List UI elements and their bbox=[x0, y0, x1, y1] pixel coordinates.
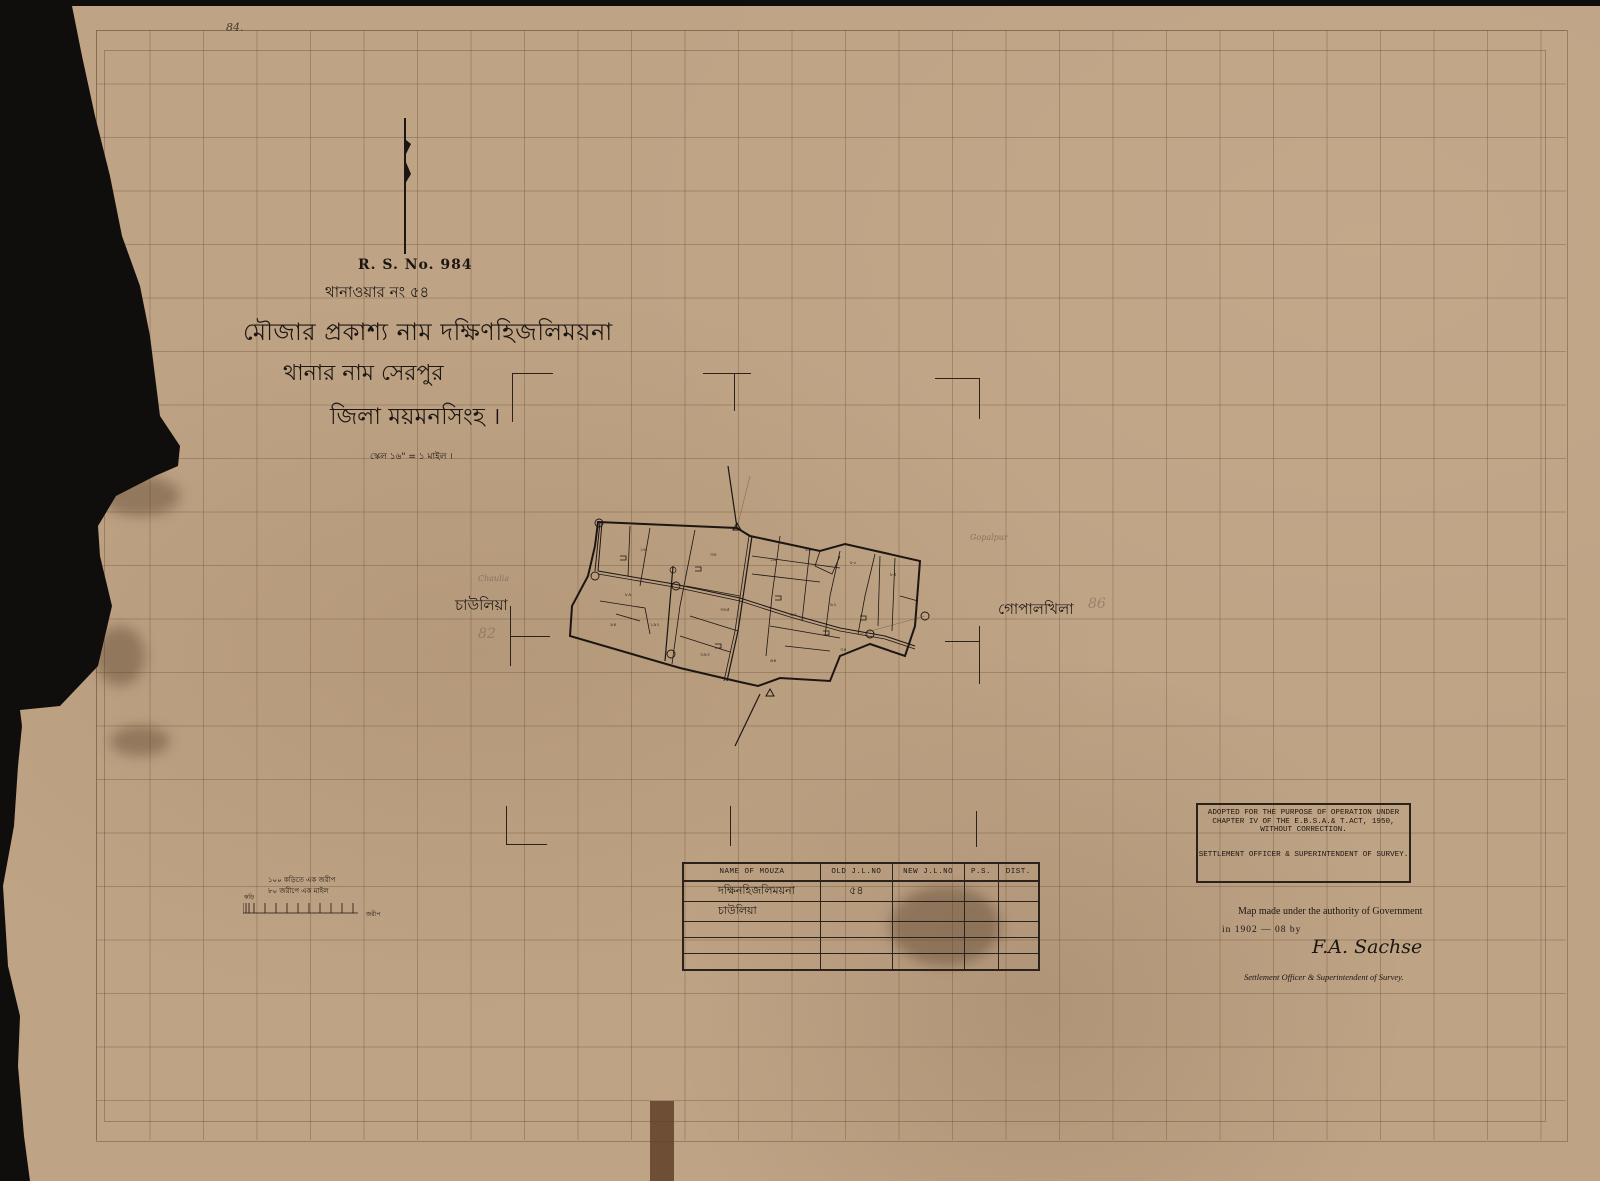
corner-mark bbox=[730, 806, 732, 846]
mouza-public-name: মৌজার প্রকাশ্য নাম দক্ষিণহিজলিময়না bbox=[243, 314, 613, 354]
stamp-adoption-text: ADOPTED FOR THE PURPOSE OF OPERATION UND… bbox=[1198, 809, 1409, 835]
scale-bar-right-label: জরীপ bbox=[366, 909, 380, 920]
corner-mark bbox=[734, 373, 736, 411]
adoption-stamp: ADOPTED FOR THE PURPOSE OF OPERATION UND… bbox=[1196, 803, 1411, 883]
table-row: চাউলিয়া bbox=[683, 902, 1039, 922]
corner-mark bbox=[506, 806, 547, 845]
corner-mark bbox=[979, 626, 981, 684]
tape-patch bbox=[650, 1101, 674, 1181]
mouza-table: NAME OF MOUZA OLD J.L.NO NEW J.L.NO P.S.… bbox=[682, 862, 1040, 971]
svg-text:৬৩: ৬৩ bbox=[790, 612, 797, 618]
stain bbox=[95, 626, 145, 686]
svg-text:৩৬: ৩৬ bbox=[710, 552, 717, 558]
district-name: জিলা ময়মনসিংহ । bbox=[330, 398, 500, 437]
mouza-plot-map[interactable]: ১৬৩৬১৯ ৫৯৮০৮৯ ৩৬৫৬৩৯২ ১৯২৩৯৩৬৪ ৩৪৯৪৮৫ bbox=[540, 456, 960, 756]
rs-number: R. S. No. 984 bbox=[358, 257, 473, 273]
adjacent-mouza-west-english: Chaulia bbox=[478, 574, 509, 583]
scale-bar bbox=[243, 901, 363, 915]
svg-text:১৬: ১৬ bbox=[640, 547, 647, 553]
mouza-name-cell: চাউলিয়া bbox=[683, 902, 821, 922]
table-header-row: NAME OF MOUZA OLD J.L.NO NEW J.L.NO P.S.… bbox=[683, 863, 1039, 881]
signature: F.A. Sachse bbox=[1312, 936, 1422, 958]
thana-name: থানার নাম সেরপুর bbox=[283, 356, 444, 393]
column-header: NEW J.L.NO bbox=[892, 863, 964, 881]
corner-mark bbox=[935, 378, 980, 419]
thana-wise-number: থানাওয়ার নং ৫৪ bbox=[325, 281, 429, 306]
authority-statement: Map made under the authority of Governme… bbox=[1238, 906, 1422, 917]
svg-text:৮০: ৮০ bbox=[850, 560, 857, 566]
adjacent-mouza-east: গোপালখিলা bbox=[998, 598, 1074, 623]
column-header: DIST. bbox=[998, 863, 1039, 881]
svg-text:৯২: ৯২ bbox=[830, 602, 837, 608]
map-sheet: 84. R. S. No. 984 থানাওয়ার নং ৫৪ মৌজার … bbox=[0, 6, 1600, 1181]
svg-text:১৯২: ১৯২ bbox=[650, 622, 660, 628]
svg-text:৮৯: ৮৯ bbox=[625, 592, 632, 598]
stain bbox=[100, 476, 180, 516]
corner-mark bbox=[512, 373, 553, 422]
column-header: NAME OF MOUZA bbox=[683, 863, 821, 881]
officer-designation: Settlement Officer & Superintendent of S… bbox=[1244, 972, 1404, 982]
column-header: P.S. bbox=[964, 863, 998, 881]
new-jl-cell bbox=[892, 881, 964, 902]
old-jl-cell bbox=[821, 902, 893, 922]
map-scale: স্কেল ১৬" = ১ মাইল । bbox=[370, 449, 453, 464]
pencil-number-east: 86 bbox=[1088, 596, 1106, 612]
old-jl-cell: ৫৪ bbox=[821, 881, 893, 902]
stamp-officer-text: SETTLEMENT OFFICER & SUPERINTENDENT OF S… bbox=[1198, 851, 1409, 860]
page-number: 84. bbox=[226, 21, 244, 34]
table-row bbox=[683, 938, 1039, 954]
dist-cell bbox=[998, 902, 1039, 922]
north-arrow-icon bbox=[401, 116, 415, 256]
svg-text:৯৪: ৯৪ bbox=[610, 622, 617, 628]
dist-cell bbox=[998, 881, 1039, 902]
svg-text:৮৫: ৮৫ bbox=[890, 572, 897, 578]
ps-cell bbox=[964, 881, 998, 902]
ps-cell bbox=[964, 902, 998, 922]
corner-mark bbox=[703, 373, 751, 414]
survey-years: in 1902 — 08 by bbox=[1222, 925, 1301, 935]
adjacent-mouza-east-english: Gopalpur bbox=[970, 533, 1008, 542]
adjacent-mouza-west: চাউলিয়া bbox=[455, 594, 508, 619]
table-row bbox=[683, 954, 1039, 971]
stain bbox=[110, 726, 170, 756]
new-jl-cell bbox=[892, 902, 964, 922]
svg-text:১৯: ১৯ bbox=[770, 557, 777, 563]
column-header: OLD J.L.NO bbox=[821, 863, 893, 881]
scale-bar-line2: ৮০ জরীপে এক মাইল bbox=[268, 885, 328, 897]
svg-text:৩৪: ৩৪ bbox=[840, 647, 847, 653]
svg-text:৫৯: ৫৯ bbox=[805, 547, 812, 553]
corner-mark bbox=[976, 811, 978, 847]
pencil-number-west: 82 bbox=[478, 626, 496, 642]
svg-text:৩৯৩: ৩৯৩ bbox=[700, 652, 710, 658]
table-row bbox=[683, 922, 1039, 938]
svg-text:৩৬৫: ৩৬৫ bbox=[720, 607, 730, 613]
svg-text:৬৪: ৬৪ bbox=[770, 658, 777, 664]
table-row: দক্ষিনহিজলিময়না ৫৪ bbox=[683, 881, 1039, 902]
mouza-name-cell: দক্ষিনহিজলিময়না bbox=[683, 881, 821, 902]
